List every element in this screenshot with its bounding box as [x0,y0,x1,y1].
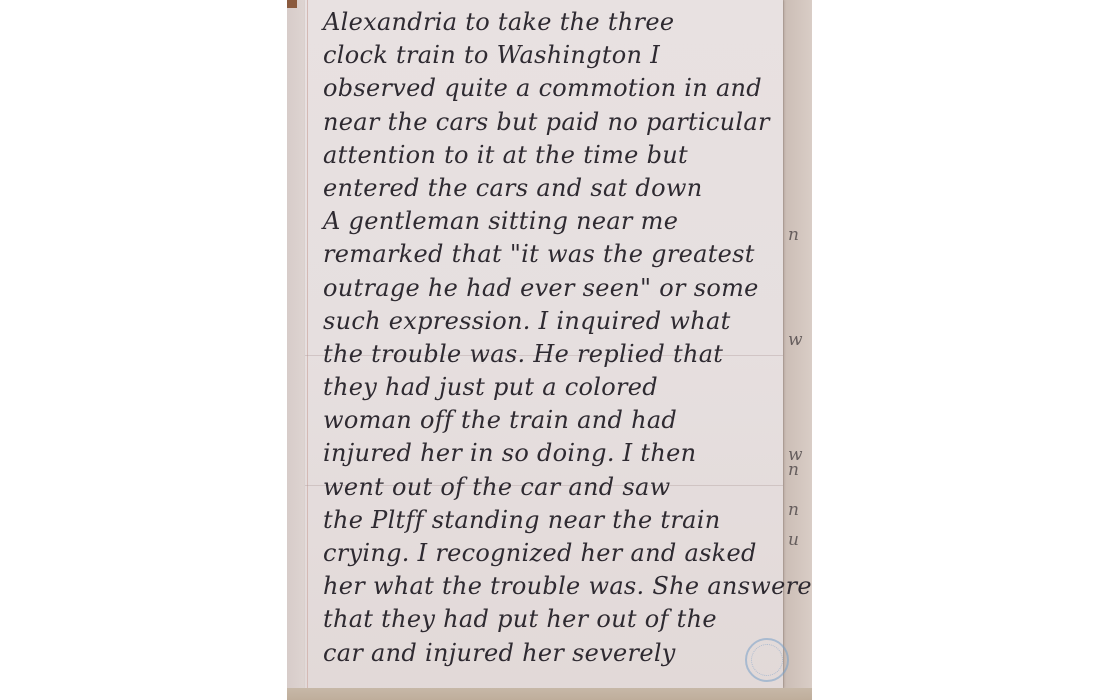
edge-fragment: n [788,460,799,480]
text-line: that they had put her out of the [323,603,783,636]
text-line: remarked that "it was the greatest [323,238,783,271]
edge-fragment: u [788,530,799,550]
archive-stamp-icon [745,638,789,682]
text-line: near the cars but paid no particular [323,106,783,139]
text-line: observed quite a commotion in and [323,72,783,105]
text-line: injured her in so doing. I then [323,437,783,470]
edge-fragment: w [788,330,803,350]
text-line: clock train to Washington I [323,39,783,72]
text-line: her what the trouble was. She answered [323,570,783,603]
edge-fragment: n [788,225,799,245]
document-photograph: n w w n n u Alexandria to take the three… [287,0,812,700]
margin-line [307,0,308,688]
text-line: the trouble was. He replied that [323,338,783,371]
text-line: attention to it at the time but [323,139,783,172]
text-line: went out of the car and saw [323,471,783,504]
handwritten-text: Alexandria to take the three clock train… [323,0,783,670]
text-line: car and injured her severely [323,637,783,670]
text-line: woman off the train and had [323,404,783,437]
text-line: A gentleman sitting near me [323,205,783,238]
photo-corner [287,0,297,8]
text-line: Alexandria to take the three [323,6,783,39]
text-line: such expression. I inquired what [323,305,783,338]
text-line: outrage he had ever seen" or some [323,272,783,305]
text-line: entered the cars and sat down [323,172,783,205]
text-line: crying. I recognized her and asked [323,537,783,570]
page-bottom-edge [287,688,812,700]
letter-page: Alexandria to take the three clock train… [305,0,783,688]
text-line: the Pltff standing near the train [323,504,783,537]
text-line: they had just put a colored [323,371,783,404]
edge-fragment: n [788,500,799,520]
